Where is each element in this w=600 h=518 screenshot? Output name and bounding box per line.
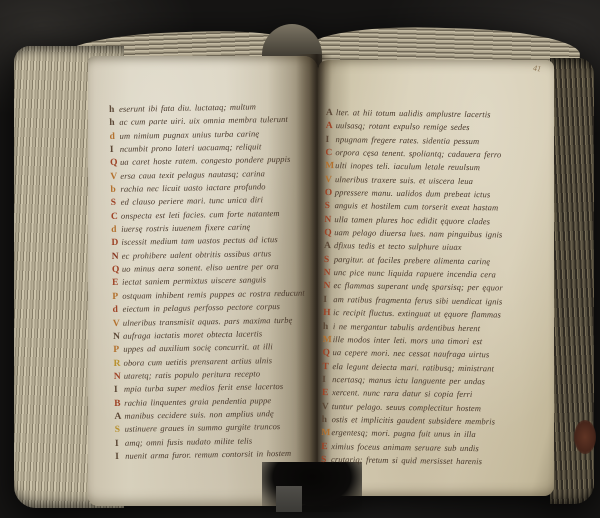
line-initial: A — [326, 120, 336, 133]
line-initial: A — [324, 240, 334, 253]
line-text: eiectum in pelagus perfosso pectore corp… — [123, 301, 281, 314]
line-initial: P — [113, 344, 123, 357]
line-initial: S — [321, 454, 331, 467]
line-initial: d — [111, 224, 121, 237]
line-text: ec flammas superant undę sparsisq; per ę… — [333, 281, 502, 293]
line-text: iscessit medium tam uastos pectus ad ict… — [121, 235, 278, 248]
line-text: ic recipit fluctus. extinguat ut ęquore … — [333, 307, 501, 319]
line-initial: S — [111, 197, 121, 210]
line-text: ostis et implicitis gaudent subsidere me… — [332, 414, 496, 426]
right-page-text: Alter. at hii totum ualidis amplustre la… — [321, 106, 568, 470]
line-text: ille modos inter leti. mors una timori e… — [333, 334, 483, 346]
line-initial: T — [322, 361, 332, 374]
line-text: ac cum parte uiri. uix omnia membra tule… — [119, 114, 288, 127]
line-text: nuenit arma furor. remum contorsit in ho… — [125, 448, 291, 461]
line-text: ulti inopes teli. iaculum letale reuulsu… — [335, 161, 480, 173]
line-text: ulneribus transmisit aquas. pars maxima … — [123, 314, 293, 327]
line-initial: M — [321, 427, 331, 440]
line-text: uo minus aera sonent. eliso uentre per o… — [122, 261, 279, 274]
line-text: am ratibus fragmenta ferus sibi uendicat… — [333, 294, 502, 306]
line-initial: S — [325, 200, 335, 213]
line-text: pargitur. at faciles prebere alimenta ca… — [334, 254, 490, 266]
line-initial: d — [109, 131, 119, 144]
line-initial: V — [110, 171, 120, 184]
line-text: crutariq; fretum si quid mersisset haren… — [331, 454, 482, 466]
line-initial: H — [323, 307, 333, 320]
line-initial: N — [323, 280, 333, 293]
line-initial: Q — [322, 347, 332, 360]
line-text: ostquam inhibent remis puppes ac rostra … — [122, 287, 305, 300]
line-text: ec prohibere ualent obtritis ossibus art… — [122, 248, 272, 261]
line-text: ergentesq; mori. pugna fuit unus in illa — [331, 427, 475, 439]
line-initial: R — [113, 357, 123, 370]
line-text: uppes ad auxilium socię concurrit. at il… — [123, 341, 273, 354]
folio-number: 41 — [532, 64, 541, 74]
line-text: aufraga iactatis moret obtecta lacertis — [123, 328, 262, 340]
book-cradle-support — [276, 486, 302, 512]
line-text: ulneribus traxere suis. et uiscera leua — [335, 174, 473, 186]
line-initial: I — [114, 384, 124, 397]
line-initial: D — [111, 237, 121, 250]
line-text: manibus cecidere suis. non amplius undę — [124, 408, 274, 421]
line-initial: d — [113, 304, 123, 317]
line-text: lter. at hii totum ualidis amplustre lac… — [336, 107, 491, 119]
line-text: rachia nec licuit uasto iactare profundo — [120, 181, 265, 194]
line-text: npugnam fregere rates. sidentia pessum — [335, 134, 479, 146]
line-text: tuntur pelago. seuus complectitur hostem — [332, 401, 481, 413]
line-initial: h — [109, 104, 119, 117]
line-text: anguis et hostilem cum torserit exeat ha… — [335, 201, 499, 213]
line-initial: A — [114, 411, 124, 424]
line-initial: b — [110, 184, 120, 197]
line-initial: I — [115, 437, 125, 450]
line-initial: I — [110, 144, 120, 157]
line-initial: N — [114, 371, 124, 384]
binding-leather-spot — [574, 420, 596, 454]
manuscript-book: 41 heserunt ibi fata diu. luctataq; mult… — [10, 24, 594, 512]
photo-scene: 41 heserunt ibi fata diu. luctataq; mult… — [0, 0, 600, 518]
line-text: ua cepere mori. nec cessat naufraga uirt… — [332, 347, 489, 359]
line-text: utaretq; ratis populo peritura recepto — [124, 368, 261, 380]
line-text: ulla tamen plures hoc edidit ęquore clad… — [334, 214, 490, 226]
line-text: ela legunt deiecta mari. ratibusq; minis… — [332, 361, 494, 373]
line-text: ustinuere graues in summo gurgite trunco… — [125, 421, 281, 434]
line-initial: M — [325, 160, 335, 173]
line-initial: N — [112, 251, 122, 264]
line-text: ncumbit prono lateri uacuamq; reliquit — [120, 141, 262, 153]
line-initial: h — [109, 117, 119, 130]
line-text: dfixus tedis et tecto sulphure uiuax — [334, 241, 462, 253]
line-text: iectat saniem permixtus uiscere sanguis — [122, 275, 266, 288]
line-text: mpia turba super medios ferit ense lacer… — [124, 381, 283, 394]
line-text: amq; omni fusis nudato milite telis — [125, 435, 252, 447]
line-text: i ne mergantur tabulis ardentibus herent — [333, 321, 480, 333]
line-text: xercent. nunc rara datur si copia ferri — [332, 387, 473, 399]
line-text: ersa caua texit pelagus nautasq; carina — [120, 168, 265, 181]
line-initial: B — [114, 397, 124, 410]
line-text: obora cum uetitis prensarent artius ulni… — [123, 355, 272, 368]
line-text: ppressere manu. ualidos dum prebeat ictu… — [335, 187, 491, 199]
line-initial: E — [112, 277, 122, 290]
line-text: unc pice nunc liquida rapuere incendia c… — [334, 267, 496, 279]
line-text: orpora cęsa tenent. spoliantq; cadauera … — [335, 147, 501, 159]
line-text: uulsasq; rotant expulso remige sedes — [336, 120, 470, 132]
line-initial: P — [112, 291, 122, 304]
line-text: um nimium pugnax unius turba carinę — [119, 128, 259, 140]
line-text: ncertasq; manus ictu languente per undas — [332, 374, 485, 386]
line-text: rachia linquentes graia pendentia puppe — [124, 395, 271, 408]
line-text: ximius foceus animam seruare sub undis — [331, 441, 479, 453]
line-text: iuersę rostris iuuenem fixere carinę — [121, 222, 250, 234]
line-initial: E — [322, 387, 332, 400]
left-page-text: heserunt ibi fata diu. luctataq; multumh… — [109, 99, 327, 463]
line-text: eserunt ibi fata diu. luctataq; multum — [119, 101, 256, 113]
line-initial: Q — [112, 264, 122, 277]
line-initial: Q — [110, 157, 120, 170]
line-text: ed clauso periere mari. tunc unica diri — [121, 195, 263, 207]
line-text: ua caret hoste ratem. congesto pondere p… — [120, 154, 291, 167]
line-initial: V — [113, 317, 123, 330]
line-initial: C — [111, 211, 121, 224]
line-initial: S — [115, 424, 125, 437]
line-initial: N — [113, 331, 123, 344]
line-initial: h — [323, 320, 333, 333]
line-text: onspecta est leti facies. cum forte nata… — [121, 208, 280, 221]
line-initial: I — [115, 451, 125, 464]
line-text: uam pelago diuersa lues. nam pinguibus i… — [334, 227, 502, 239]
